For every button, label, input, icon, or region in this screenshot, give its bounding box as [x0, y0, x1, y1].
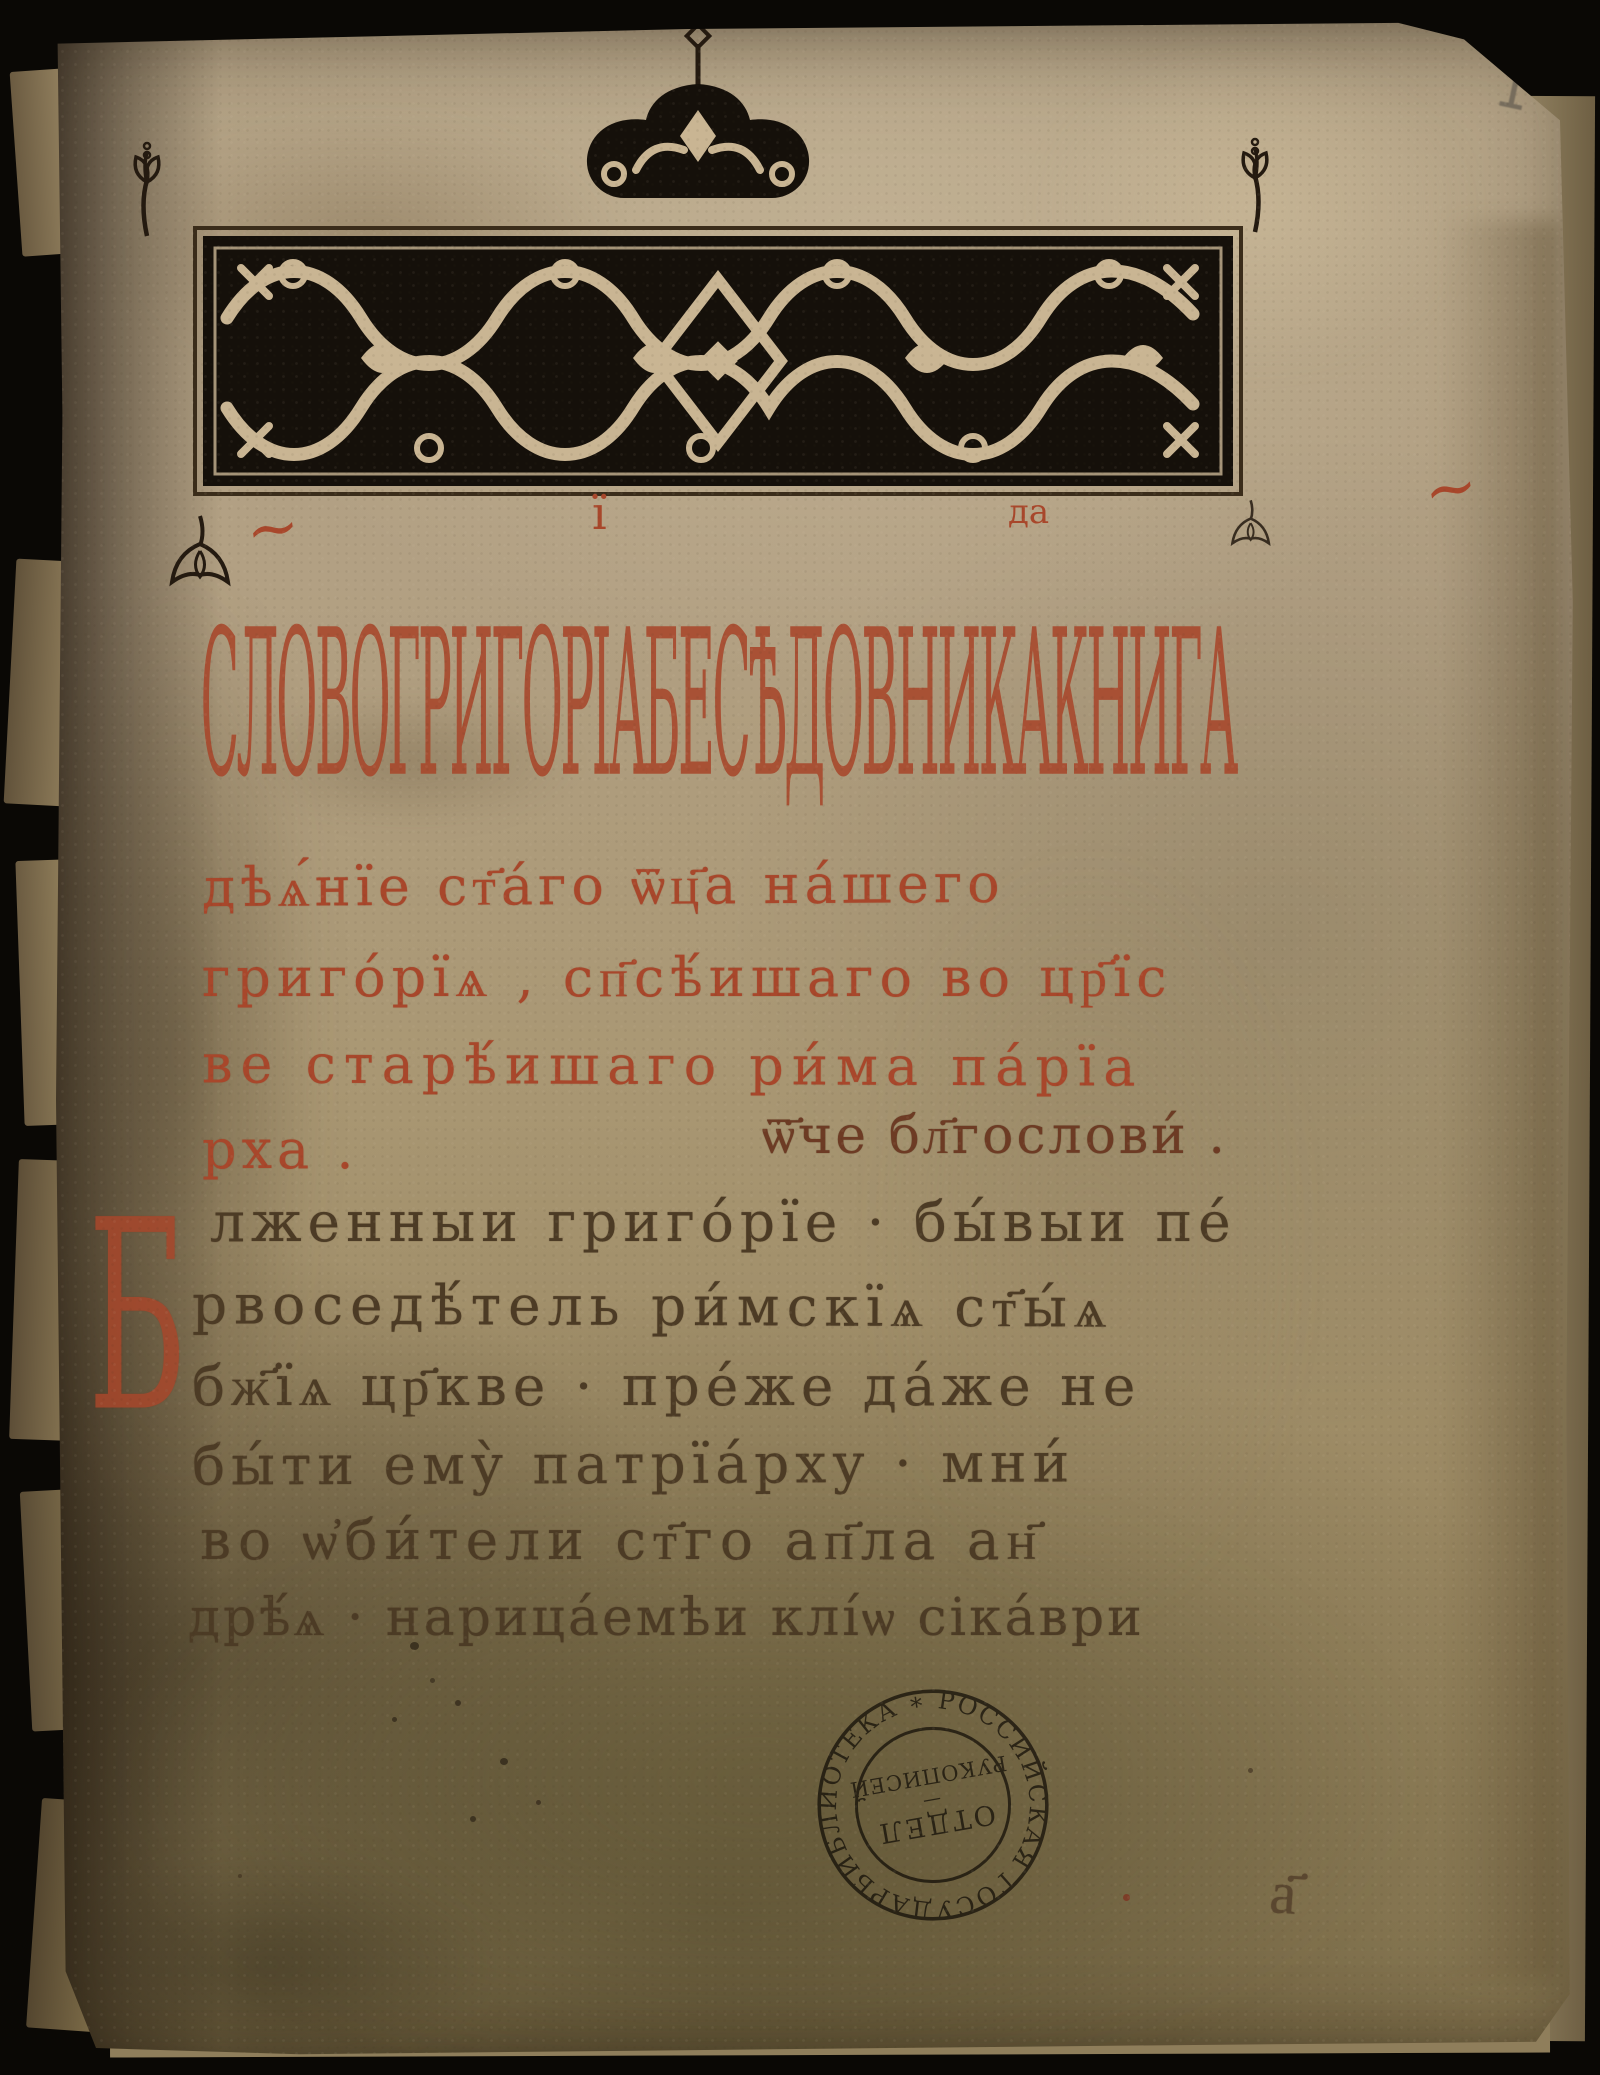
page-leaf: ∼ ї да ∼ СЛОВО ГРИГОРІА БЕСѢДОВНИКА КНИГ… [0, 0, 1600, 2075]
manuscript-photo: ∼ ї да ∼ СЛОВО ГРИГОРІА БЕСѢДОВНИКА КНИГ… [0, 0, 1600, 2075]
paper-texture [0, 0, 1600, 2075]
